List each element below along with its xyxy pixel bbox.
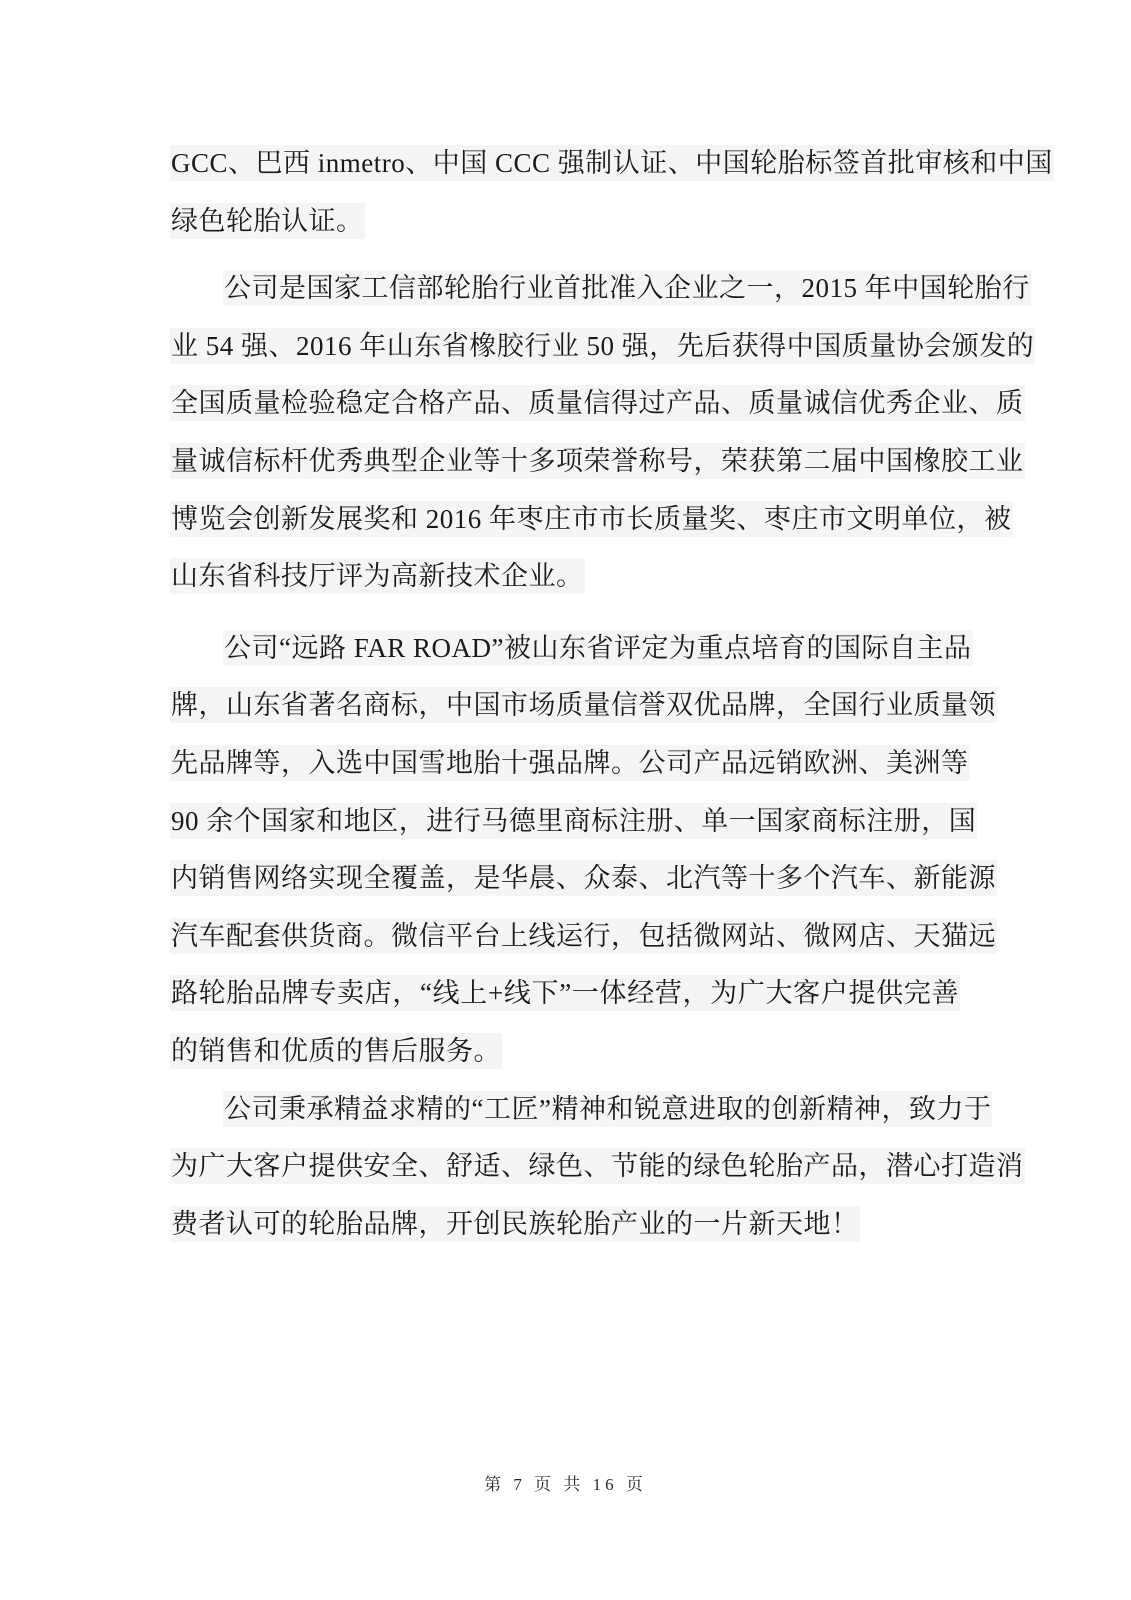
document-body: GCC、巴西 inmetro、中国 CCC 强制认证、中国轮胎标签首批审核和中国… xyxy=(170,135,960,1253)
text-line: 内销售网络实现全覆盖，是华晨、众泰、北汽等十多个汽车、新能源 xyxy=(170,850,960,908)
text-line: GCC、巴西 inmetro、中国 CCC 强制认证、中国轮胎标签首批审核和中国 xyxy=(170,135,960,193)
text-line-content: 路轮胎品牌专卖店，“线上+线下”一体经营，为广大客户提供完善 xyxy=(170,975,960,1011)
text-line-content: 先品牌等，入选中国雪地胎十强品牌。公司产品远销欧洲、美洲等 xyxy=(170,745,970,781)
text-line-content: 山东省科技厅评为高新技术企业。 xyxy=(170,558,585,594)
text-line: 全国质量检验稳定合格产品、质量信得过产品、质量诚信优秀企业、质 xyxy=(170,375,960,433)
text-line-content: 费者认可的轮胎品牌，开创民族轮胎产业的一片新天地！ xyxy=(170,1206,860,1242)
text-line: 公司是国家工信部轮胎行业首批准入企业之一，2015 年中国轮胎行 xyxy=(170,260,960,318)
text-line-content: 业 54 强、2016 年山东省橡胶行业 50 强，先后获得中国质量协会颁发的 xyxy=(170,328,1035,364)
text-line-content: 量诚信标杆优秀典型企业等十多项荣誉称号，荣获第二届中国橡胶工业 xyxy=(170,443,1025,479)
text-line: 绿色轮胎认证。 xyxy=(170,193,960,251)
paragraph: 公司是国家工信部轮胎行业首批准入企业之一，2015 年中国轮胎行业 54 强、2… xyxy=(170,260,960,606)
text-line: 业 54 强、2016 年山东省橡胶行业 50 强，先后获得中国质量协会颁发的 xyxy=(170,318,960,376)
text-line: 山东省科技厅评为高新技术企业。 xyxy=(170,548,960,606)
text-line-content: 公司是国家工信部轮胎行业首批准入企业之一，2015 年中国轮胎行 xyxy=(223,270,1031,306)
text-line: 牌，山东省著名商标，中国市场质量信誉双优品牌，全国行业质量领 xyxy=(170,677,960,735)
page-footer: 第 7 页 共 16 页 xyxy=(0,1470,1131,1495)
text-line-content: 90 余个国家和地区，进行马德里商标注册、单一国家商标注册，国 xyxy=(170,803,977,839)
text-line-content: 汽车配套供货商。微信平台上线运行，包括微网站、微网店、天猫远 xyxy=(170,918,997,954)
text-line: 路轮胎品牌专卖店，“线上+线下”一体经营，为广大客户提供完善 xyxy=(170,965,960,1023)
page-number-label: 第 7 页 共 16 页 xyxy=(484,1475,647,1494)
document-page: GCC、巴西 inmetro、中国 CCC 强制认证、中国轮胎标签首批审核和中国… xyxy=(0,0,1131,1600)
text-line-content: 公司“远路 FAR ROAD”被山东省评定为重点培育的国际自主品 xyxy=(223,630,973,666)
text-line: 先品牌等，入选中国雪地胎十强品牌。公司产品远销欧洲、美洲等 xyxy=(170,735,960,793)
text-line: 汽车配套供货商。微信平台上线运行，包括微网站、微网店、天猫远 xyxy=(170,908,960,966)
text-line: 为广大客户提供安全、舒适、绿色、节能的绿色轮胎产品，潜心打造消 xyxy=(170,1138,960,1196)
text-line: 公司秉承精益求精的“工匠”精神和锐意进取的创新精神，致力于 xyxy=(170,1081,960,1139)
text-line-content: 牌，山东省著名商标，中国市场质量信誉双优品牌，全国行业质量领 xyxy=(170,687,997,723)
text-line: 90 余个国家和地区，进行马德里商标注册、单一国家商标注册，国 xyxy=(170,793,960,851)
text-line-content: 内销售网络实现全覆盖，是华晨、众泰、北汽等十多个汽车、新能源 xyxy=(170,860,997,896)
paragraph: GCC、巴西 inmetro、中国 CCC 强制认证、中国轮胎标签首批审核和中国… xyxy=(170,135,960,250)
text-line: 博览会创新发展奖和 2016 年枣庄市市长质量奖、枣庄市文明单位，被 xyxy=(170,491,960,549)
paragraph: 公司“远路 FAR ROAD”被山东省评定为重点培育的国际自主品牌，山东省著名商… xyxy=(170,620,960,1081)
text-line: 费者认可的轮胎品牌，开创民族轮胎产业的一片新天地！ xyxy=(170,1196,960,1254)
text-line: 的销售和优质的售后服务。 xyxy=(170,1023,960,1081)
text-line-content: 的销售和优质的售后服务。 xyxy=(170,1033,502,1069)
text-line-content: GCC、巴西 inmetro、中国 CCC 强制认证、中国轮胎标签首批审核和中国 xyxy=(170,145,1054,181)
paragraph: 公司秉承精益求精的“工匠”精神和锐意进取的创新精神，致力于为广大客户提供安全、舒… xyxy=(170,1081,960,1254)
text-line-content: 公司秉承精益求精的“工匠”精神和锐意进取的创新精神，致力于 xyxy=(223,1091,992,1127)
text-line: 公司“远路 FAR ROAD”被山东省评定为重点培育的国际自主品 xyxy=(170,620,960,678)
text-line-content: 全国质量检验稳定合格产品、质量信得过产品、质量诚信优秀企业、质 xyxy=(170,385,1025,421)
text-line: 量诚信标杆优秀典型企业等十多项荣誉称号，荣获第二届中国橡胶工业 xyxy=(170,433,960,491)
text-line-content: 为广大客户提供安全、舒适、绿色、节能的绿色轮胎产品，潜心打造消 xyxy=(170,1148,1025,1184)
text-line-content: 绿色轮胎认证。 xyxy=(170,203,365,239)
text-line-content: 博览会创新发展奖和 2016 年枣庄市市长质量奖、枣庄市文明单位，被 xyxy=(170,501,1013,537)
